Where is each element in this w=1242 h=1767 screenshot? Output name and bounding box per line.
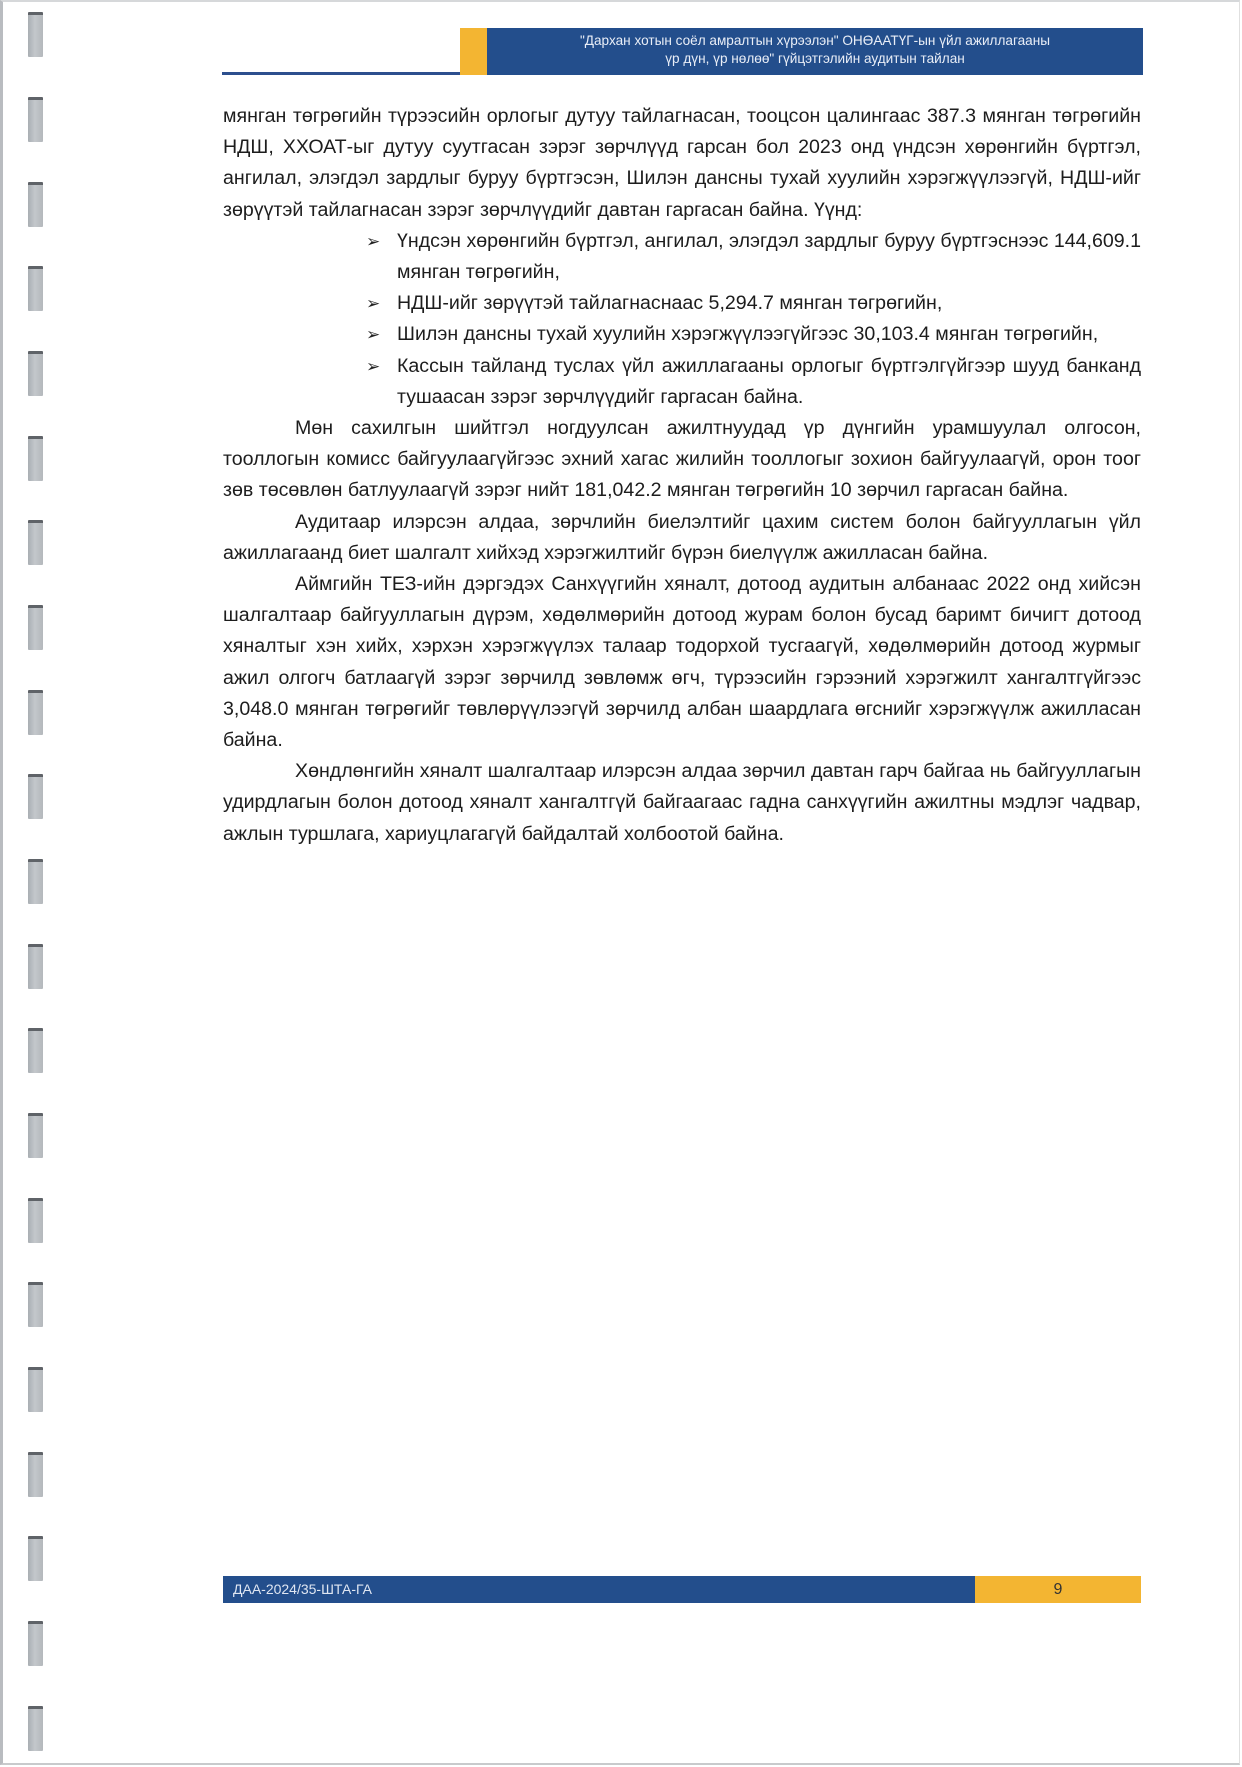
list-item: ➢ Кассын тайланд туслах үйл ажиллагааны … [366,351,1141,413]
arrow-bullet-icon: ➢ [366,319,380,350]
binding-hole [28,1028,43,1073]
paragraph-violations-2023: мянган төгрөгийн түрээсийн орлогыг дутуу… [223,101,1141,226]
arrow-bullet-icon: ➢ [366,351,380,382]
binding-hole [28,690,43,735]
binding-hole [28,1621,43,1666]
list-item: ➢ НДШ-ийг зөрүүтэй тайлагнаснаас 5,294.7… [366,288,1141,319]
binding-hole [28,944,43,989]
list-item: ➢ Үндсэн хөрөнгийн бүртгэл, ангилал, элэ… [366,226,1141,288]
list-item-text: Үндсэн хөрөнгийн бүртгэл, ангилал, элэгд… [397,230,1141,283]
binding-hole [28,520,43,565]
list-item-text: Шилэн дансны тухай хуулийн хэрэгжүүлээгү… [397,323,1098,345]
binding-hole [28,605,43,650]
paragraph-disciplinary: Мөн сахилгын шийтгэл ногдуулсан ажилтнуу… [223,413,1141,507]
binding-hole [28,774,43,819]
list-item-text: Кассын тайланд туслах үйл ажиллагааны ор… [397,355,1141,408]
header-accent [460,28,487,75]
report-title: "Дархан хотын соёл амралтын хүрээлэн" ОН… [487,28,1143,75]
binding-hole [28,266,43,311]
report-title-line1: "Дархан хотын соёл амралтын хүрээлэн" ОН… [487,32,1143,50]
binding-hole [28,1452,43,1497]
binding-hole [28,12,43,57]
binding-hole [28,97,43,142]
page-body: мянган төгрөгийн түрээсийн орлогыг дутуу… [223,101,1141,850]
list-item: ➢ Шилэн дансны тухай хуулийн хэрэгжүүлээ… [366,319,1141,350]
paragraph-conclusion: Хөндлөнгийн хяналт шалгалтаар илэрсэн ал… [223,756,1141,850]
binding-hole [28,1536,43,1581]
binding-hole [28,436,43,481]
page-number: 9 [975,1576,1141,1603]
page-footer: ДАА-2024/35-ШТА-ГА 9 [223,1576,1141,1603]
paragraph-audit-followup: Аудитаар илэрсэн алдаа, зөрчлийн биелэлт… [223,507,1141,569]
binding-hole [28,351,43,396]
binding-hole [28,1113,43,1158]
list-item-text: НДШ-ийг зөрүүтэй тайлагнаснаас 5,294.7 м… [397,292,942,314]
arrow-bullet-icon: ➢ [366,226,380,257]
binding-hole [28,1367,43,1412]
binding-hole [28,1198,43,1243]
binding-hole [28,182,43,227]
binding-hole [28,859,43,904]
report-title-line2: үр дүн, үр нөлөө" гүйцэтгэлийн аудитын т… [487,50,1143,68]
arrow-bullet-icon: ➢ [366,288,380,319]
document-code: ДАА-2024/35-ШТА-ГА [223,1576,975,1603]
violations-list: ➢ Үндсэн хөрөнгийн бүртгэл, ангилал, элэ… [223,226,1141,413]
paragraph-internal-audit: Аймгийн ТЕЗ-ийн дэргэдэх Санхүүгийн хяна… [223,569,1141,756]
binding-hole [28,1706,43,1751]
report-header: "Дархан хотын соёл амралтын хүрээлэн" ОН… [460,28,1143,75]
binding-hole [28,1282,43,1327]
